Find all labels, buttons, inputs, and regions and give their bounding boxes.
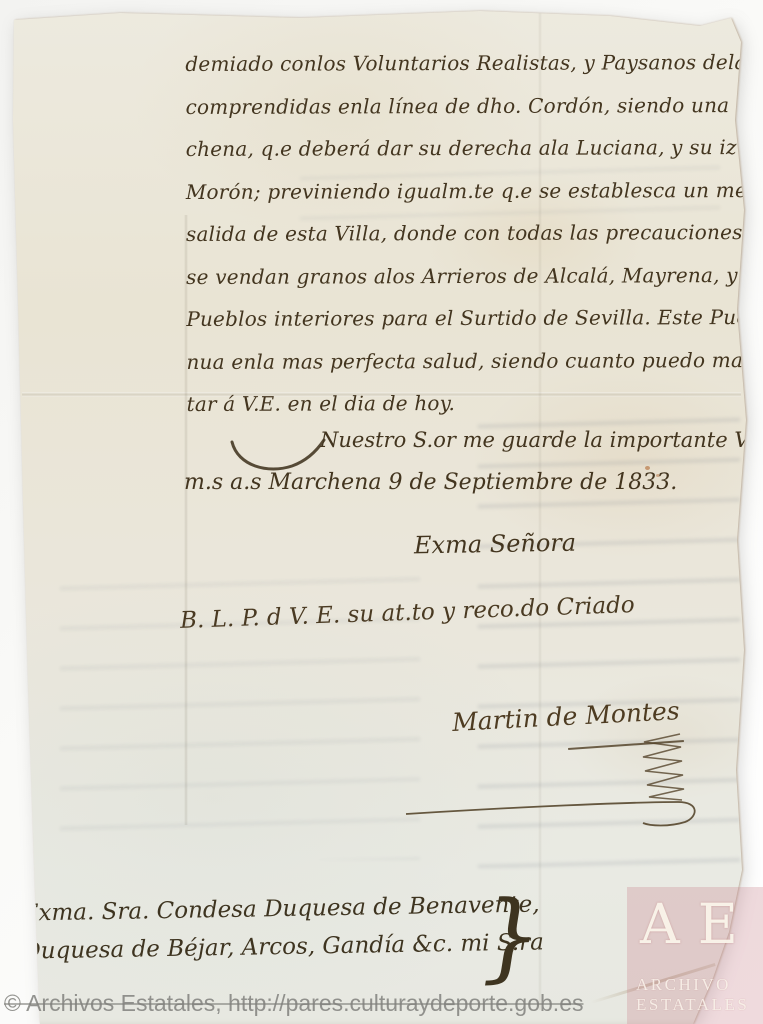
copyright-watermark: © Archivos Estatales, http://pares.cultu… [4,990,583,1017]
salutation: Exma Señora [414,529,577,560]
body-line: salida de esta Villa, donde con todas la… [186,211,748,255]
courtesy-formula: Nuestro S.or me guarde la importante Vid… [320,428,763,452]
addressee-block: Exma. Sra. Condesa Duquesa de Benavente,… [21,885,544,970]
archive-label-line2: ESTATALES [636,995,749,1015]
body-line: tar á V.E. en el dia de hoy. [187,381,749,425]
body-line: Pueblos interiores para el Surtido de Se… [186,296,748,340]
monogram-letter-a: A [640,893,680,955]
addressee-brace: } [478,879,543,993]
archive-monogram: A E [627,893,763,955]
body-line: Morón; previniendo igualm.te q.e se esta… [186,169,748,213]
date-line: m.s a.s Marchena 9 de Septiembre de 1833… [184,470,677,495]
body-line: chena, q.e deberá dar su derecha ala Luc… [186,126,748,170]
body-line: se vendan granos alos Arrieros de Alcalá… [186,254,748,298]
body-line: comprendidas enla línea de dho. Cordón, … [185,84,747,128]
archive-label-line1: ARCHIVO [636,975,731,995]
archive-watermark: A E ARCHIVO ESTATALES [627,887,763,1024]
addressee-line: Duquesa de Béjar, Arcos, Gandía &c. mi S… [22,923,544,970]
paper-sheet: demiado conlos Voluntarios Realistas, y … [0,0,763,1024]
body-line: nua enla mas perfecta salud, siendo cuan… [186,339,748,383]
signature-rubric [398,728,718,846]
paper-sheet-wrapper: demiado conlos Voluntarios Realistas, y … [0,0,763,1024]
letter-body: demiado conlos Voluntarios Realistas, y … [185,41,748,425]
document-scan: demiado conlos Voluntarios Realistas, y … [0,0,763,1024]
body-line: demiado conlos Voluntarios Realistas, y … [185,41,747,85]
monogram-letter-e: E [698,893,738,955]
